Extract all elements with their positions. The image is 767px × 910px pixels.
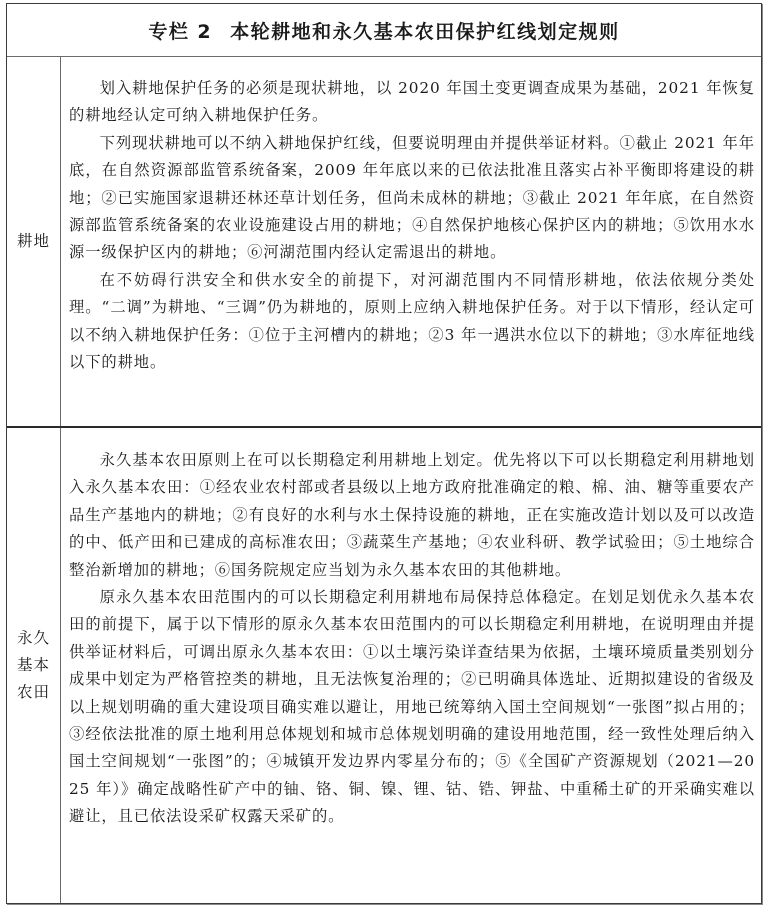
section-content: 划入耕地保护任务的必须是现状耕地，以 2020 年国土变更调查成果为基础，202… bbox=[61, 57, 761, 426]
section-label-cell: 耕地 bbox=[7, 57, 61, 426]
section-label-cell: 永久基本农田 bbox=[7, 428, 61, 903]
paragraph: 永久基本农田原则上在可以长期稳定利用耕地上划定。优先将以下可以长期稳定利用耕地划… bbox=[69, 447, 755, 584]
section-label: 永久基本农田 bbox=[16, 625, 52, 706]
page-title: 专栏 2本轮耕地和永久基本农田保护红线划定规则 bbox=[148, 17, 619, 44]
paragraph: 下列现状耕地可以不纳入耕地保护红线，但要说明理由并提供举证材料。①截止 2021… bbox=[69, 130, 755, 267]
section-content: 永久基本农田原则上在可以长期稳定利用耕地上划定。优先将以下可以长期稳定利用耕地划… bbox=[61, 428, 761, 903]
title-prefix: 专栏 2 bbox=[148, 21, 212, 43]
section-label: 耕地 bbox=[16, 228, 52, 255]
paragraph: 在不妨碍行洪安全和供水安全的前提下，对河湖范围内不同情形耕地，依法依规分类处理。… bbox=[69, 267, 755, 377]
title-text: 本轮耕地和永久基本农田保护红线划定规则 bbox=[230, 21, 620, 43]
section-permanent-farmland: 永久基本农田 永久基本农田原则上在可以长期稳定利用耕地上划定。优先将以下可以长期… bbox=[7, 428, 761, 903]
section-cultivated-land: 耕地 划入耕地保护任务的必须是现状耕地，以 2020 年国土变更调查成果为基础，… bbox=[7, 57, 761, 428]
rules-table: 专栏 2本轮耕地和永久基本农田保护红线划定规则 耕地 划入耕地保护任务的必须是现… bbox=[6, 3, 762, 904]
title-row: 专栏 2本轮耕地和永久基本农田保护红线划定规则 bbox=[7, 4, 761, 57]
paragraph: 原永久基本农田范围内的可以长期稳定利用耕地布局保持总体稳定。在划足划优永久基本农… bbox=[69, 584, 755, 831]
paragraph: 划入耕地保护任务的必须是现状耕地，以 2020 年国土变更调查成果为基础，202… bbox=[69, 75, 755, 130]
